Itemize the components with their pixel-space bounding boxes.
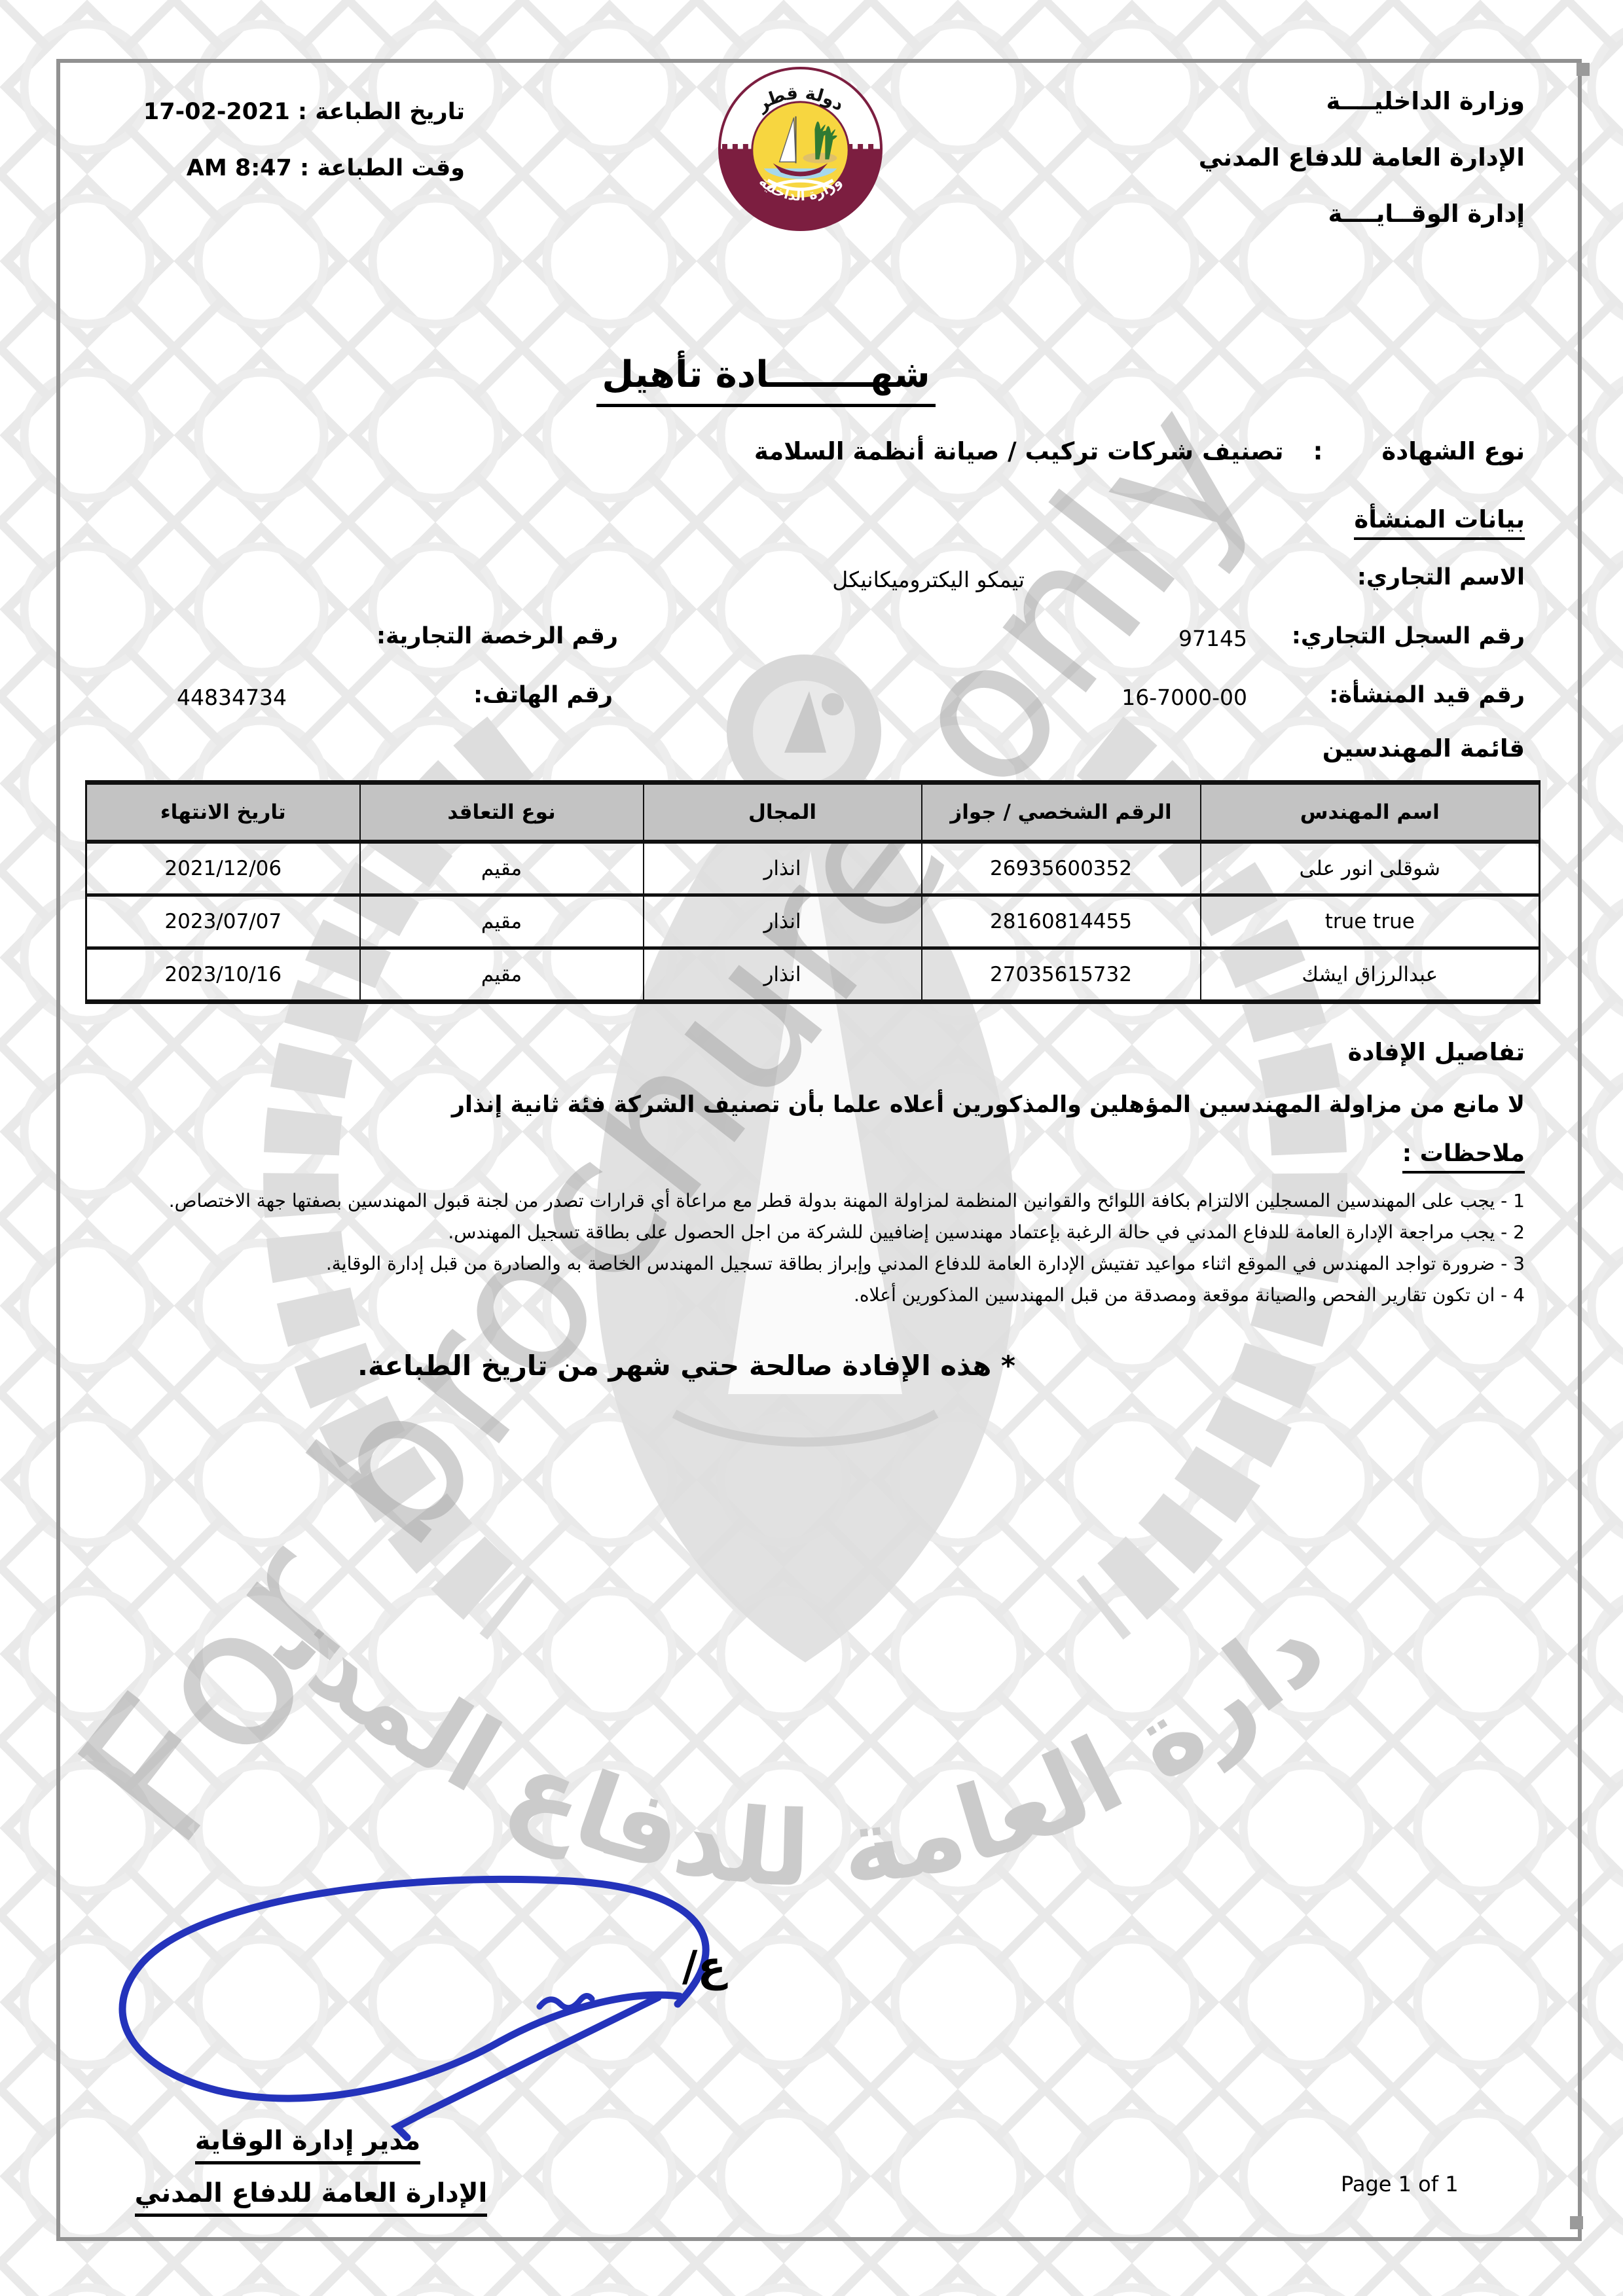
cell-engineer-name: شوقلى انور على (1201, 842, 1540, 895)
note-item: 2 - يجب مراجعة الإدارة العامة للدفاع الم… (56, 1217, 1525, 1247)
signature-delegate-mark: /ع (682, 1943, 726, 1991)
frame-handle-top-right (1577, 63, 1590, 76)
qatar-moi-emblem: دولة قطر وزارة الداخلية (717, 65, 884, 232)
cr-number-value: 97145 (1178, 626, 1247, 651)
print-time-line: وقت الطباعة : 8:47 AM (124, 140, 465, 196)
table-row: true true 28160814455 انذار مقيم 2023/07… (86, 895, 1540, 948)
certificate-title-wrap: شهــــــــادة تأهيل (524, 353, 1008, 407)
note-item: 4 - ان تكون تقارير الفحص والصيانة موقعة … (56, 1280, 1525, 1310)
ministry-line: وزارة الداخليــــة (1199, 73, 1525, 130)
cell-field: انذار (644, 948, 922, 1002)
frame-handle-bottom-right (1570, 2216, 1583, 2229)
col-engineer-name: اسم المهندس (1201, 783, 1540, 842)
cell-personal-id: 28160814455 (922, 895, 1201, 948)
certificate-type-value: تصنيف شركات تركيب / صيانة أنظمة السلامة (754, 437, 1284, 465)
table-row: عبدالرزاق ايشك 27035615732 انذار مقيم 20… (86, 948, 1540, 1002)
print-info-block: تاريخ الطباعة : 2021-02-17 وقت الطباعة :… (124, 84, 465, 196)
print-time-value: 8:47 AM (177, 155, 292, 181)
certificate-type-line: نوع الشهادة:تصنيف شركات تركيب / صيانة أن… (754, 437, 1525, 465)
department-line: إدارة الوقــايــــة (1199, 186, 1525, 242)
cell-contract-type: مقيم (360, 948, 644, 1002)
trade-name-value: تيمكو اليكتروميكانيكل (832, 567, 1025, 592)
header-authority-block: وزارة الداخليــــة الإدارة العامة للدفاع… (1199, 73, 1525, 242)
page-number-label: Page 1 of 1 (1341, 2172, 1459, 2197)
certificate-type-label: نوع الشهادة (1381, 437, 1525, 465)
cell-contract-type: مقيم (360, 895, 644, 948)
statement-heading: تفاصيل الإفادة (1348, 1038, 1525, 1066)
background-pattern (0, 0, 1623, 2296)
cell-engineer-name: true true (1201, 895, 1540, 948)
print-date-line: تاريخ الطباعة : 2021-02-17 (124, 84, 465, 140)
engineers-table: اسم المهندس الرقم الشخصي / جواز المجال ن… (85, 780, 1541, 1004)
footer-title-line2: الإدارة العامة للدفاع المدني (62, 2178, 560, 2217)
trade-name-label: الاسم التجاري: (1357, 564, 1525, 590)
validity-note: * هذه الإفادة صالحة حتي شهر من تاريخ الط… (357, 1350, 1015, 1382)
cell-personal-id: 26935600352 (922, 842, 1201, 895)
civil-defence-watermark-emblem: الإدارة العامة للدفاع المدني (0, 0, 1623, 2296)
cell-engineer-name: عبدالرزاق ايشك (1201, 948, 1540, 1002)
phone-value: 44834734 (177, 685, 287, 710)
certificate-type-colon: : (1313, 437, 1323, 465)
col-expiry-date: تاريخ الانتهاء (86, 783, 360, 842)
phone-label: رقم الهاتف: (473, 682, 613, 708)
certificate-title: شهــــــــادة تأهيل (596, 353, 935, 407)
cell-expiry-date: 2023/07/07 (86, 895, 360, 948)
cell-expiry-date: 2023/10/16 (86, 948, 360, 1002)
print-time-label: وقت الطباعة : (300, 155, 465, 181)
engineers-heading: قائمة المهندسين (1322, 734, 1525, 762)
cell-field: انذار (644, 842, 922, 895)
col-field: المجال (644, 783, 922, 842)
cell-expiry-date: 2021/12/06 (86, 842, 360, 895)
signature-stroke (0, 0, 1623, 2296)
print-date-label: تاريخ الطباعة : (298, 99, 465, 125)
notes-list: 1 - يجب على المهندسين المسجلين الالتزام … (56, 1186, 1525, 1312)
footer-title-line1: مدير إدارة الوقاية (98, 2126, 517, 2164)
cr-number-label: رقم السجل التجاري: (1292, 623, 1525, 649)
cell-contract-type: مقيم (360, 842, 644, 895)
establishment-heading: بيانات المنشأة (1354, 505, 1525, 540)
diagonal-watermark-text: For brochure only (35, 358, 1297, 1884)
directorate-line: الإدارة العامة للدفاع المدني (1199, 130, 1525, 186)
print-date-value: 2021-02-17 (134, 99, 290, 125)
col-personal-id: الرقم الشخصي / جواز (922, 783, 1201, 842)
certificate-page: الإدارة العامة للدفاع المدني For brochur… (0, 0, 1623, 2296)
notes-heading: ملاحظات : (1402, 1140, 1525, 1174)
statement-text: لا مانع من مزاولة المهندسين المؤهلين وال… (452, 1092, 1525, 1118)
est-id-label: رقم قيد المنشأة: (1329, 682, 1525, 708)
est-id-value: 16-7000-00 (1122, 685, 1247, 710)
table-header-row: اسم المهندس الرقم الشخصي / جواز المجال ن… (86, 783, 1540, 842)
cell-personal-id: 27035615732 (922, 948, 1201, 1002)
note-item: 3 - ضرورة تواجد المهندس في الموقع اثناء … (56, 1249, 1525, 1278)
note-item: 1 - يجب على المهندسين المسجلين الالتزام … (56, 1186, 1525, 1215)
table-row: شوقلى انور على 26935600352 انذار مقيم 20… (86, 842, 1540, 895)
col-contract-type: نوع التعاقد (360, 783, 644, 842)
cell-field: انذار (644, 895, 922, 948)
license-number-label: رقم الرخصة التجارية: (376, 623, 618, 649)
